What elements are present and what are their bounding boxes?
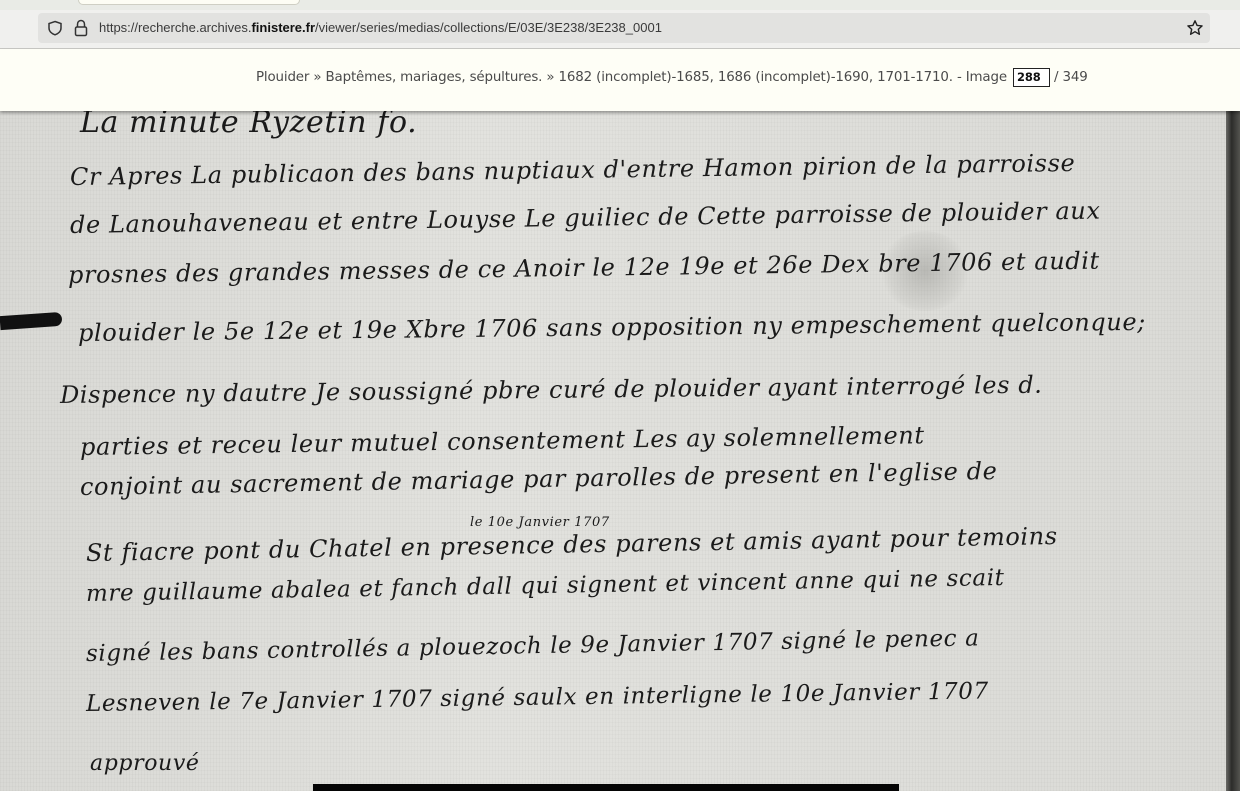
browser-tab-strip: [0, 0, 1240, 10]
breadcrumb-separator: »: [309, 70, 325, 85]
manuscript-line: mre guillaume abalea et fanch dall qui s…: [86, 565, 1005, 607]
image-label: - Image: [953, 70, 1011, 85]
manuscript-line: plouider le 5e 12e et 19e Xbre 1706 sans…: [78, 308, 1146, 347]
manuscript-page: La minute Ryzetin fo. Cr Apres La public…: [0, 111, 1228, 791]
manuscript-line: parties et receu leur mutuel consentemen…: [80, 421, 925, 461]
manuscript-line: Lesneven le 7e Janvier 1707 signé saulx …: [86, 678, 989, 717]
manuscript-line: de Lanouhaveneau et entre Louyse Le guil…: [70, 197, 1101, 239]
margin-ink-blot: [0, 312, 62, 330]
viewer-header: Plouider » Baptêmes, mariages, sépulture…: [0, 49, 1240, 111]
url-text[interactable]: https://recherche.archives.finistere.fr/…: [99, 20, 662, 35]
document-viewer[interactable]: La minute Ryzetin fo. Cr Apres La public…: [0, 111, 1240, 791]
breadcrumb: Plouider » Baptêmes, mariages, sépulture…: [256, 68, 1088, 87]
breadcrumb-separator: »: [542, 70, 558, 85]
url-domain: finistere.fr: [251, 20, 315, 35]
browser-toolbar: https://recherche.archives.finistere.fr/…: [0, 10, 1240, 49]
address-bar[interactable]: https://recherche.archives.finistere.fr/…: [38, 13, 1210, 43]
manuscript-line: approuvé: [90, 751, 199, 776]
manuscript-line: conjoint au sacrement de mariage par par…: [80, 457, 998, 501]
active-tab[interactable]: [78, 0, 300, 5]
interlinear-note: le 10e Janvier 1707: [470, 515, 610, 530]
image-total: / 349: [1054, 70, 1088, 85]
url-prefix: https://recherche.archives.: [99, 20, 251, 35]
breadcrumb-series[interactable]: Baptêmes, mariages, sépultures.: [326, 70, 543, 85]
manuscript-line: signé les bans controllés a plouezoch le…: [86, 625, 980, 667]
breadcrumb-commune[interactable]: Plouider: [256, 70, 309, 85]
manuscript-line: Cr Apres La publicaon des bans nuptiaux …: [70, 149, 1076, 191]
page-bottom-edge: [313, 784, 899, 791]
url-path: /viewer/series/medias/collections/E/03E/…: [315, 20, 662, 35]
shield-icon[interactable]: [47, 20, 63, 36]
image-number-input[interactable]: 288: [1013, 68, 1050, 87]
manuscript-line: Dispence ny dautre Je soussigné pbre cur…: [60, 371, 1043, 409]
breadcrumb-dates: 1682 (incomplet)-1685, 1686 (incomplet)-…: [559, 70, 953, 85]
lock-icon[interactable]: [74, 19, 88, 37]
bookmark-star-icon[interactable]: [1186, 19, 1204, 37]
page-right-edge: [1226, 111, 1240, 791]
manuscript-line: La minute Ryzetin fo.: [80, 111, 417, 140]
